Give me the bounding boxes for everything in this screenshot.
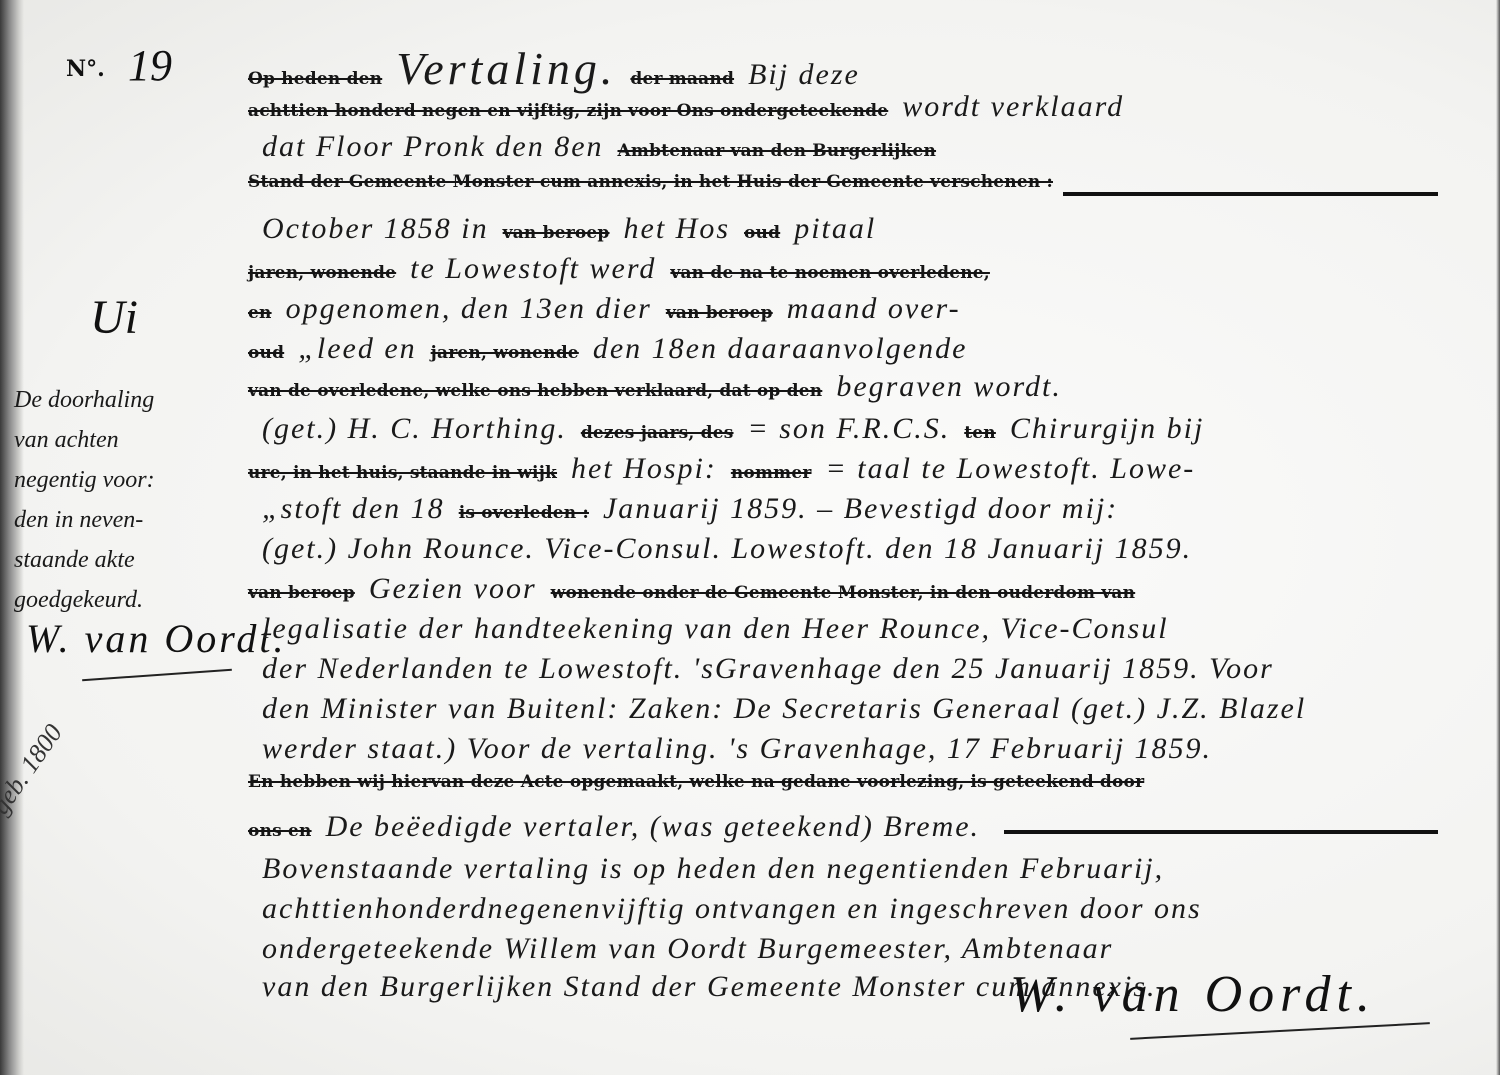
handwritten-text: October 1858 in bbox=[262, 212, 489, 246]
document-line: jaren, wonendete Lowestoft werdvan de na… bbox=[248, 252, 1438, 296]
printed-form-text-struck: jaren, wonende bbox=[431, 343, 579, 363]
handwritten-text: te Lowestoft werd bbox=[410, 252, 656, 286]
handwritten-text: „leed en bbox=[298, 332, 416, 366]
handwritten-text: den Minister van Buitenl: Zaken: De Secr… bbox=[262, 692, 1306, 726]
margin-note-line: van achten bbox=[14, 420, 244, 460]
handwritten-text: der Nederlanden te Lowestoft. 'sGravenha… bbox=[262, 652, 1274, 686]
handwritten-text: den 18en daaraanvolgende bbox=[593, 332, 968, 366]
handwritten-text: (get.) John Rounce. Vice-Consul. Lowesto… bbox=[262, 532, 1192, 566]
fill-rule bbox=[1063, 192, 1438, 196]
margin-signature-underline bbox=[82, 669, 232, 681]
margin-note-line: negentig voor: bbox=[14, 460, 244, 500]
record-number-label: N°. bbox=[66, 56, 105, 82]
printed-form-text-struck: ten bbox=[964, 423, 996, 443]
handwritten-text: Chirurgijn bij bbox=[1010, 412, 1204, 446]
handwritten-text: Gezien voor bbox=[369, 572, 537, 606]
printed-form-text-struck: oud bbox=[744, 223, 780, 243]
document-line: (get.) H. C. Horthing.dezes jaars, des= … bbox=[248, 412, 1438, 456]
printed-form-text-struck: ons en bbox=[248, 821, 312, 841]
handwritten-text: het Hospi: bbox=[571, 452, 717, 486]
page-edge bbox=[1496, 0, 1500, 1075]
document-line: van de overledene, welke ons hebben verk… bbox=[248, 370, 1438, 414]
margin-note-line: De doorhaling bbox=[14, 380, 244, 420]
registrar-signature: W. van Oordt. bbox=[1010, 965, 1376, 1024]
handwritten-text: De beëedigde vertaler, (was geteekend) B… bbox=[326, 810, 980, 844]
printed-form-text-struck: Ambtenaar van den Burgerlijken bbox=[618, 141, 937, 161]
document-line: „stoft den 18is overleden :Januarij 1859… bbox=[248, 492, 1438, 536]
document-line: legalisatie der handteekening van den He… bbox=[248, 612, 1438, 656]
handwritten-text: wordt verklaard bbox=[902, 90, 1124, 124]
handwritten-text: Bij deze bbox=[748, 58, 860, 92]
printed-form-text-struck: van beroep bbox=[503, 223, 610, 243]
printed-form-text-struck: Stand der Gemeente Monster cum annexis, … bbox=[248, 172, 1053, 192]
handwritten-text: „stoft den 18 bbox=[262, 492, 445, 526]
printed-form-text-struck: achttien honderd negen en vijftig, zijn … bbox=[248, 101, 888, 121]
handwritten-text: legalisatie der handteekening van den He… bbox=[262, 612, 1169, 646]
document-line: den Minister van Buitenl: Zaken: De Secr… bbox=[248, 692, 1438, 736]
document-line: der Nederlanden te Lowestoft. 'sGravenha… bbox=[248, 652, 1438, 696]
printed-form-text-struck: der maand bbox=[630, 69, 734, 89]
handwritten-text: (get.) H. C. Horthing. bbox=[262, 412, 567, 446]
printed-form-text-struck: van de na te noemen overledene, bbox=[670, 263, 990, 283]
handwritten-text: het Hos bbox=[624, 212, 731, 246]
margin-note-line: goedgekeurd. bbox=[14, 580, 244, 620]
printed-form-text-struck: ure, in het huis, staande in wijk bbox=[248, 463, 557, 483]
printed-form-text-struck: is overleden : bbox=[459, 503, 589, 523]
handwritten-text: begraven wordt. bbox=[836, 370, 1062, 404]
document-line: achttien honderd negen en vijftig, zijn … bbox=[248, 90, 1438, 134]
printed-form-text-struck: van de overledene, welke ons hebben verk… bbox=[248, 381, 822, 401]
handwritten-text: achttienhonderdnegenenvijftig ontvangen … bbox=[262, 892, 1202, 926]
printed-form-text-struck: oud bbox=[248, 343, 284, 363]
handwritten-text: dat Floor Pronk den 8en bbox=[262, 130, 604, 164]
handwritten-text: ondergeteekende Willem van Oordt Burgeme… bbox=[262, 932, 1113, 966]
document-line: Bovenstaande vertaling is op heden den n… bbox=[248, 852, 1438, 896]
printed-form-text-struck: jaren, wonende bbox=[248, 263, 396, 283]
document-line: achttienhonderdnegenenvijftig ontvangen … bbox=[248, 892, 1438, 936]
handwritten-text: Bovenstaande vertaling is op heden den n… bbox=[262, 852, 1164, 886]
handwritten-text: Vertaling. bbox=[396, 42, 616, 95]
margin-note: De doorhaling van achten negentig voor: … bbox=[14, 380, 244, 620]
document-line: werder staat.) Voor de vertaling. 's Gra… bbox=[248, 732, 1438, 776]
document-line: Op heden denVertaling.der maandBij deze bbox=[248, 42, 1438, 86]
document-line: enopgenomen, den 13en diervan beroepmaan… bbox=[248, 292, 1438, 336]
handwritten-text: = taal te Lowestoft. Lowe- bbox=[826, 452, 1196, 486]
printed-form-text-struck: En hebben wij hiervan deze Acte opgemaak… bbox=[248, 772, 1144, 792]
printed-form-text-struck: wonende onder de Gemeente Monster, in de… bbox=[551, 583, 1136, 603]
printed-form-text-struck: en bbox=[248, 303, 272, 323]
handwritten-text: opgenomen, den 13en dier bbox=[286, 292, 652, 326]
handwritten-text: Januarij 1859. – Bevestigd door mij: bbox=[603, 492, 1118, 526]
printed-form-text-struck: Op heden den bbox=[248, 69, 382, 89]
printed-form-text-struck: dezes jaars, des bbox=[581, 423, 734, 443]
fill-rule bbox=[1004, 830, 1438, 834]
margin-note-line: den in neven- bbox=[14, 500, 244, 540]
margin-note-line: staande akte bbox=[14, 540, 244, 580]
margin-initials: Ui bbox=[90, 290, 138, 345]
document-page: N°. 19 Ui De doorhaling van achten negen… bbox=[0, 0, 1500, 1075]
registrar-signature-underline bbox=[1130, 1022, 1430, 1040]
document-line: dat Floor Pronk den 8enAmbtenaar van den… bbox=[248, 130, 1438, 174]
document-line: ons enDe beëedigde vertaler, (was geteek… bbox=[248, 810, 1438, 854]
document-line: Stand der Gemeente Monster cum annexis, … bbox=[248, 172, 1438, 216]
printed-form-text-struck: nommer bbox=[731, 463, 812, 483]
document-line: October 1858 invan beroephet Hosoudpitaa… bbox=[248, 212, 1438, 256]
handwritten-text: = son F.R.C.S. bbox=[748, 412, 951, 446]
printed-form-text-struck: van beroep bbox=[248, 583, 355, 603]
document-line: (get.) John Rounce. Vice-Consul. Lowesto… bbox=[248, 532, 1438, 576]
document-line: van beroepGezien voorwonende onder de Ge… bbox=[248, 572, 1438, 616]
document-line: ure, in het huis, staande in wijkhet Hos… bbox=[248, 452, 1438, 496]
record-number-value: 19 bbox=[128, 40, 172, 91]
printed-form-text-struck: van beroep bbox=[666, 303, 773, 323]
handwritten-text: maand over- bbox=[787, 292, 961, 326]
handwritten-text: werder staat.) Voor de vertaling. 's Gra… bbox=[262, 732, 1212, 766]
handwritten-text: pitaal bbox=[794, 212, 876, 246]
